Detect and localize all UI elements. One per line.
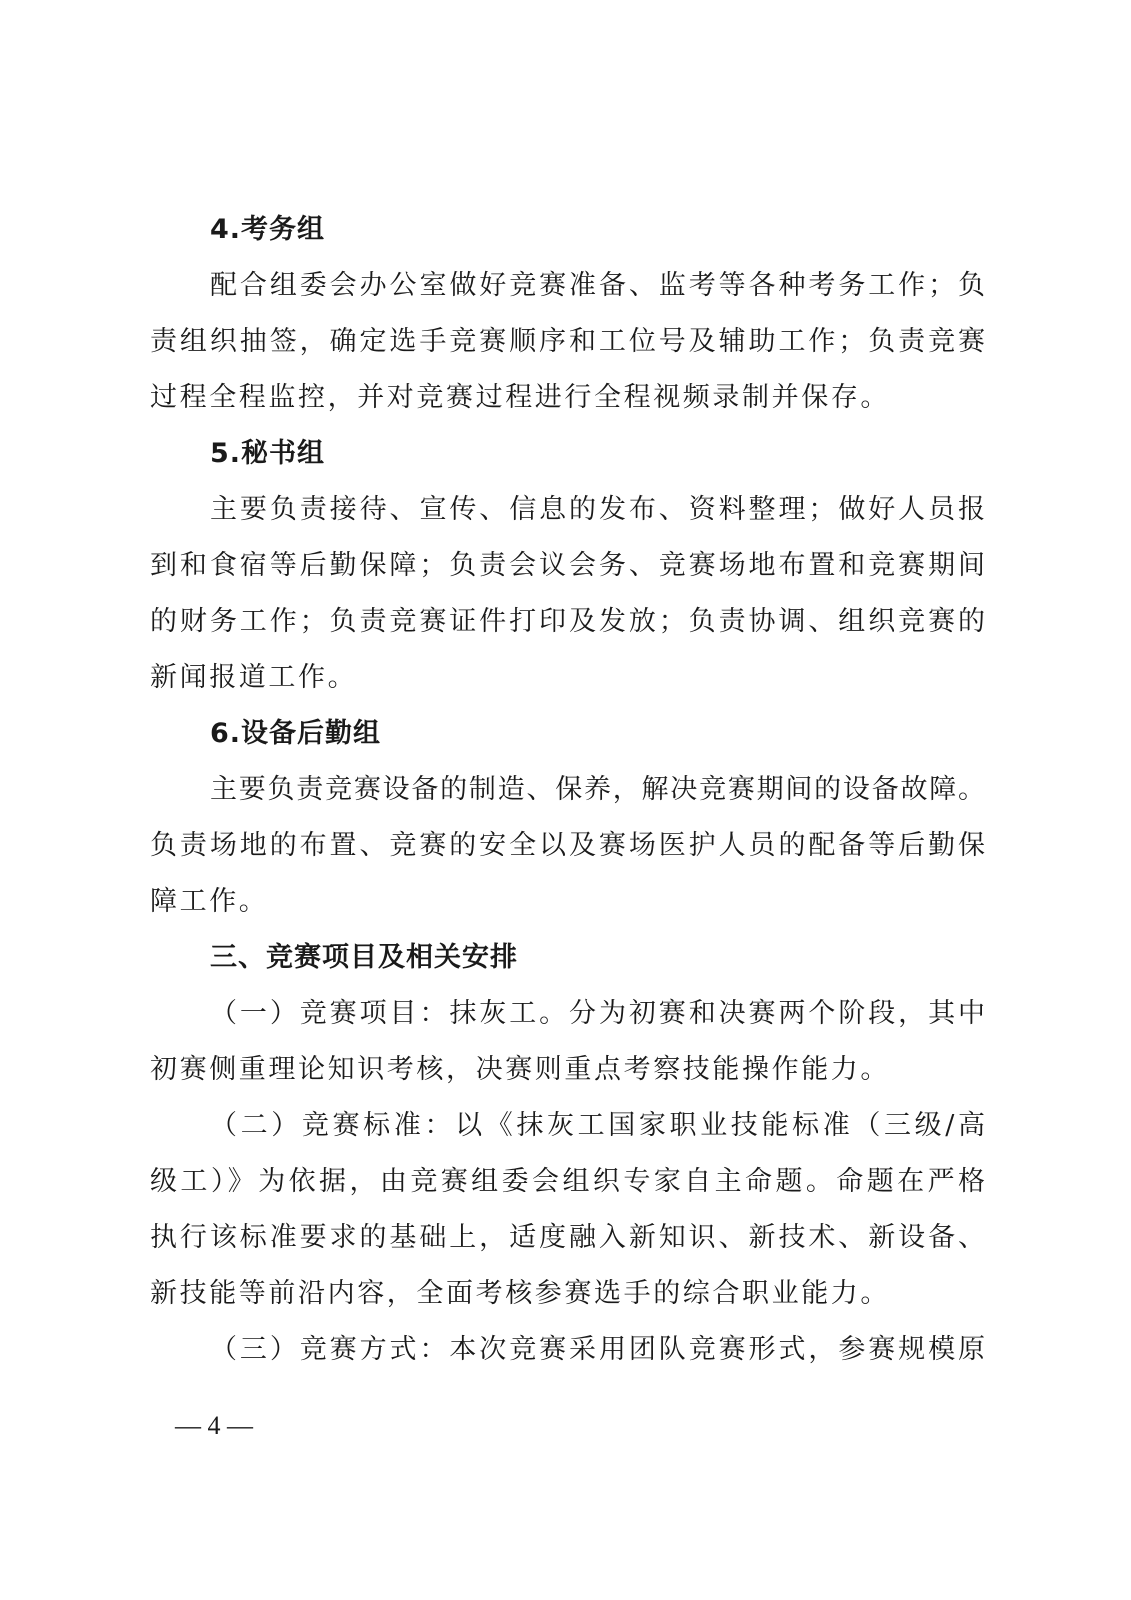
paragraph-line: 级工）》为依据，由竞赛组委会组织专家自主命题。命题在严格 [150,1162,985,1202]
section-heading-equipment-logistics: 6.设备后勤组 [210,714,1050,754]
paragraph-line: 新闻报道工作。 [150,658,990,698]
paragraph-line: 责组织抽签，确定选手竞赛顺序和工位号及辅助工作；负责竞赛 [150,322,985,362]
section-heading-competition-items: 三、竞赛项目及相关安排 [210,938,1050,978]
paragraph-line: 新技能等前沿内容，全面考核参赛选手的综合职业能力。 [150,1274,990,1314]
paragraph-line: 负责场地的布置、竞赛的安全以及赛场医护人员的配备等后勤保 [150,826,985,866]
section-heading-exam-affairs: 4.考务组 [210,210,1050,250]
paragraph-line: 主要负责竞赛设备的制造、保养，解决竞赛期间的设备故障。 [210,770,985,810]
paragraph-line: 初赛侧重理论知识考核，决赛则重点考察技能操作能力。 [150,1050,990,1090]
paragraph-line: （三）竞赛方式：本次竞赛采用团队竞赛形式，参赛规模原 [210,1330,985,1370]
paragraph-line: 主要负责接待、宣传、信息的发布、资料整理；做好人员报 [210,490,985,530]
paragraph-line: （一）竞赛项目：抹灰工。分为初赛和决赛两个阶段，其中 [210,994,985,1034]
paragraph-line: 过程全程监控，并对竞赛过程进行全程视频录制并保存。 [150,378,990,418]
paragraph-line: 到和食宿等后勤保障；负责会议会务、竞赛场地布置和竞赛期间 [150,546,985,586]
paragraph-line: 障工作。 [150,882,990,922]
paragraph-line: 的财务工作；负责竞赛证件打印及发放；负责协调、组织竞赛的 [150,602,985,642]
section-heading-secretariat: 5.秘书组 [210,434,1050,474]
paragraph-line: （二）竞赛标准：以《抹灰工国家职业技能标准（三级/高 [210,1106,985,1146]
paragraph-line: 执行该标准要求的基础上，适度融入新知识、新技术、新设备、 [150,1218,985,1258]
document-page: 4.考务组 配合组委会办公室做好竞赛准备、监考等各种考务工作；负 责组织抽签，确… [0,0,1131,1600]
page-number: — 4 — [175,1408,253,1444]
paragraph-line: 配合组委会办公室做好竞赛准备、监考等各种考务工作；负 [210,266,985,306]
